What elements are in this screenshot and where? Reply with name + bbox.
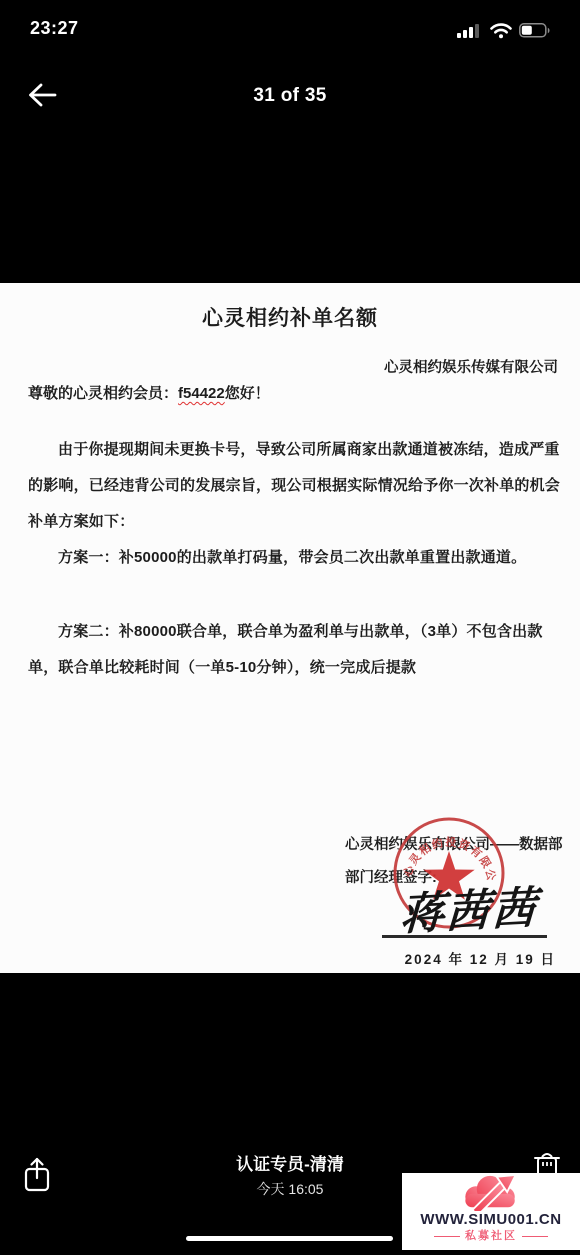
greeting-prefix: 尊敬的心灵相约会员：: [28, 385, 178, 402]
photo-viewer-screen: 23:27 31 of 35 心灵相约补单名额 心灵相约娱乐传媒有限公司 尊敬的…: [0, 0, 580, 1255]
photo-counter: 31 of 35: [0, 85, 580, 107]
plan1-line: 方案一：补50000的出款单打码量，带会员二次出款单重置出款通道。: [28, 546, 570, 567]
watermark-logo-icon: [445, 1173, 537, 1211]
cellular-signal-icon: [457, 22, 483, 39]
member-id: f54422: [178, 385, 225, 402]
wifi-icon: [490, 22, 512, 39]
tagline-dash-right: [522, 1236, 548, 1238]
status-bar-icons: [457, 22, 550, 39]
signature-underline: [382, 935, 547, 938]
watermark-tagline-row: 私募社区: [434, 1231, 548, 1242]
photo-owner-title: 认证专员-清清: [0, 1150, 580, 1175]
site-watermark: WWW.SIMU001.CN 私募社区: [402, 1173, 580, 1250]
document-date: 2024 年 12 月 19 日: [405, 948, 556, 968]
watermark-site-url: WWW.SIMU001.CN: [420, 1212, 561, 1227]
plan2-line: 单，联合单比较耗时间（一单5-10分钟），统一完成后提款: [28, 656, 570, 677]
tagline-dash-left: [434, 1236, 460, 1238]
document-greeting: 尊敬的心灵相约会员：f54422您好！: [28, 382, 270, 403]
home-indicator[interactable]: [186, 1236, 393, 1241]
greeting-suffix: 您好！: [225, 385, 270, 402]
document-title: 心灵相约补单名额: [0, 302, 580, 332]
watermark-tagline: 私募社区: [465, 1231, 517, 1242]
document-company: 心灵相约娱乐传媒有限公司: [384, 356, 558, 377]
plan2-line: 方案二：补80000联合单，联合单为盈利单与出款单，（3单）不包含出款: [28, 620, 570, 641]
handwritten-signature: 蒋茜茜: [382, 870, 555, 943]
document-photo[interactable]: 心灵相约补单名额 心灵相约娱乐传媒有限公司 尊敬的心灵相约会员：f54422您好…: [0, 283, 580, 973]
body-line: 的影响，已经违背公司的发展宗旨，现公司根据实际情况给予你一次补单的机会: [28, 474, 570, 495]
status-bar-time: 23:27: [30, 18, 79, 39]
body-line: 补单方案如下：: [28, 510, 570, 531]
body-line: 由于你提现期间未更换卡号，导致公司所属商家出款通道被冻结，造成严重: [28, 438, 570, 459]
battery-icon: [519, 23, 550, 38]
